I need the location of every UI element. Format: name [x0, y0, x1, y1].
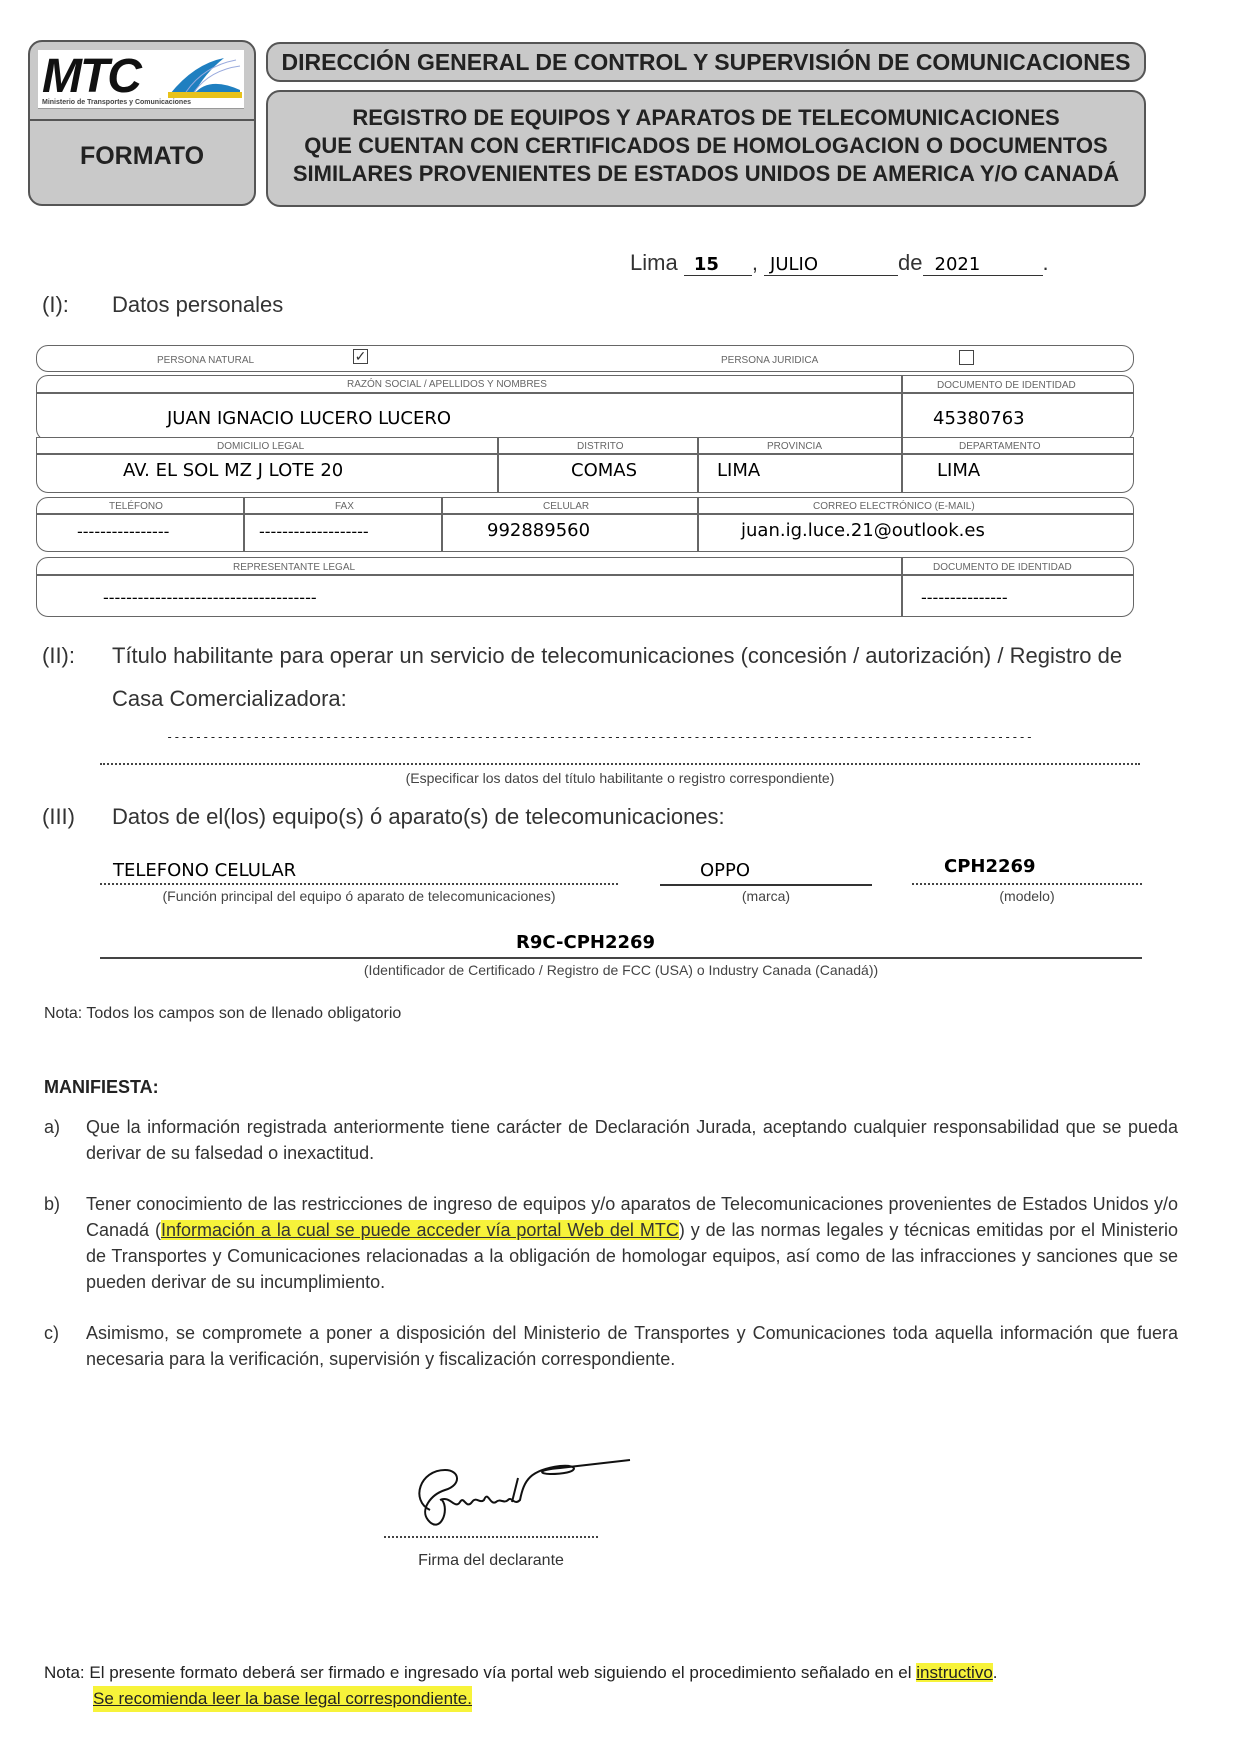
fax-label: FAX — [335, 501, 354, 512]
form-title: REGISTRO DE EQUIPOS Y APARATOS DE TELECO… — [266, 90, 1146, 207]
representante-field[interactable]: ------------------------------------- — [103, 588, 317, 607]
modelo-field[interactable]: CPH2269 — [944, 856, 1036, 877]
rep-documento-field[interactable]: --------------- — [921, 588, 1008, 607]
identificador-field[interactable]: R9C-CPH2269 — [516, 932, 655, 953]
representante-row: REPRESENTANTE LEGAL DOCUMENTO DE IDENTID… — [36, 557, 1134, 617]
logo-format-box: MTC Ministerio de Transportes y Comunica… — [28, 40, 256, 206]
date-connector: de — [898, 250, 922, 275]
contact-row: TELÉFONO FAX CELULAR CORREO ELECTRÓNICO … — [36, 497, 1134, 552]
mtc-portal-link[interactable]: Información a la cual se puede acceder v… — [161, 1220, 679, 1240]
manifiesta-item-c: Asimismo, se compromete a poner a dispos… — [86, 1320, 1178, 1372]
base-legal-link[interactable]: Se recomienda leer la base legal corresp… — [93, 1686, 472, 1712]
format-label: FORMATO — [30, 142, 254, 171]
marca-line — [660, 884, 872, 886]
item-letter: a) — [44, 1114, 60, 1140]
date-city: Lima — [630, 250, 678, 275]
telefono-label: TELÉFONO — [109, 501, 163, 512]
persona-natural-label: PERSONA NATURAL — [157, 355, 254, 366]
email-label: CORREO ELECTRÓNICO (E-MAIL) — [813, 501, 975, 512]
distrito-label: DISTRITO — [577, 441, 623, 452]
form-title-line: QUE CUENTAN CON CERTIFICADOS DE HOMOLOGA… — [268, 132, 1144, 160]
divider — [441, 498, 443, 551]
divider — [901, 376, 903, 440]
period: . — [993, 1663, 998, 1682]
persona-juridica-checkbox[interactable] — [959, 350, 974, 365]
date-month[interactable]: JULIO — [764, 254, 898, 276]
domicilio-row: DOMICILIO LEGAL DISTRITO PROVINCIA DEPAR… — [36, 437, 1134, 493]
persona-juridica-label: PERSONA JURIDICA — [721, 355, 818, 366]
email-field[interactable]: juan.ig.luce.21@outlook.es — [741, 520, 985, 541]
section-2-number: (II): — [42, 643, 75, 669]
footer-note: Nota: El presente formato deberá ser fir… — [44, 1660, 998, 1712]
item-letter: c) — [44, 1320, 59, 1346]
razon-social-row: RAZÓN SOCIAL / APELLIDOS Y NOMBRES DOCUM… — [36, 375, 1134, 441]
funcion-field[interactable]: TELEFONO CELULAR — [113, 860, 296, 881]
identificador-line — [100, 957, 1142, 959]
divider — [697, 498, 699, 551]
manifiesta-item-a: Que la información registrada anteriorme… — [86, 1114, 1178, 1166]
marca-caption: (marca) — [660, 888, 872, 904]
section-1-number: (I): — [42, 292, 69, 318]
departamento-label: DEPARTAMENTO — [959, 441, 1041, 452]
logo-subtitle: Ministerio de Transportes y Comunicacion… — [42, 99, 191, 106]
divider — [37, 392, 1133, 394]
form-title-line: REGISTRO DE EQUIPOS Y APARATOS DE TELECO… — [268, 104, 1144, 132]
distrito-field[interactable]: COMAS — [571, 460, 637, 481]
divider — [37, 453, 1133, 455]
divider — [901, 558, 903, 616]
manifiesta-item-b: Tener conocimiento de las restricciones … — [86, 1191, 1178, 1295]
section-2-title-line2: Casa Comercializadora: — [112, 686, 347, 712]
mandatory-note: Nota: Todos los campos son de llenado ob… — [44, 1005, 401, 1023]
divider — [30, 119, 254, 121]
section-2-title-line1: Título habilitante para operar un servic… — [112, 643, 1132, 669]
signature-caption: Firma del declarante — [384, 1552, 598, 1570]
instructivo-link[interactable]: instructivo — [916, 1663, 993, 1682]
divider — [497, 438, 499, 492]
mtc-wave-icon — [164, 54, 244, 98]
razon-social-field[interactable]: JUAN IGNACIO LUCERO LUCERO — [167, 408, 451, 429]
modelo-caption: (modelo) — [912, 888, 1142, 904]
fax-field[interactable]: ------------------- — [259, 522, 369, 541]
date-year[interactable]: 2021 — [923, 254, 1043, 276]
divider — [901, 438, 903, 492]
mtc-logo: MTC Ministerio de Transportes y Comunica… — [38, 50, 244, 109]
date-line: Lima 15, JULIOde2021. — [630, 250, 1049, 276]
footer-note-text: Nota: El presente formato deberá ser fir… — [44, 1663, 916, 1682]
titulo-habilitante-field[interactable]: ----------------------------------------… — [166, 730, 1086, 744]
form-title-line: SIMILARES PROVENIENTES DE ESTADOS UNIDOS… — [268, 160, 1144, 188]
titulo-line — [100, 763, 1140, 765]
section-1-title: Datos personales — [112, 292, 283, 318]
documento-field[interactable]: 45380763 — [933, 408, 1025, 429]
funcion-caption: (Función principal del equipo ó aparato … — [100, 888, 618, 904]
departamento-field[interactable]: LIMA — [937, 460, 980, 481]
signature-image — [400, 1440, 640, 1540]
item-letter: b) — [44, 1191, 60, 1217]
representante-label: REPRESENTANTE LEGAL — [233, 562, 355, 573]
section-3-number: (III) — [42, 804, 75, 830]
provincia-label: PROVINCIA — [767, 441, 822, 452]
logo-text: MTC — [42, 50, 140, 104]
celular-label: CELULAR — [543, 501, 589, 512]
date-day[interactable]: 15 — [684, 254, 752, 276]
section-3-title: Datos de el(los) equipo(s) ó aparato(s) … — [112, 804, 725, 830]
identificador-caption: (Identificador de Certificado / Registro… — [100, 962, 1142, 978]
razon-social-label: RAZÓN SOCIAL / APELLIDOS Y NOMBRES — [347, 379, 547, 390]
marca-field[interactable]: OPPO — [700, 860, 750, 881]
persona-type-row: PERSONA NATURAL ✓ PERSONA JURIDICA — [36, 345, 1134, 372]
signature-line — [384, 1536, 598, 1538]
provincia-field[interactable]: LIMA — [717, 460, 760, 481]
domicilio-label: DOMICILIO LEGAL — [217, 441, 304, 452]
funcion-line — [100, 883, 618, 885]
domicilio-field[interactable]: AV. EL SOL MZ J LOTE 20 — [123, 460, 343, 481]
celular-field[interactable]: 992889560 — [487, 520, 590, 541]
documento-label: DOCUMENTO DE IDENTIDAD — [937, 380, 1076, 391]
titulo-caption: (Especificar los datos del título habili… — [100, 770, 1140, 786]
divider — [37, 574, 1133, 576]
telefono-field[interactable]: ---------------- — [77, 522, 169, 541]
divider — [243, 498, 245, 551]
rep-documento-label: DOCUMENTO DE IDENTIDAD — [933, 562, 1072, 573]
divider — [37, 513, 1133, 515]
agency-title: DIRECCIÓN GENERAL DE CONTROL Y SUPERVISI… — [266, 42, 1146, 82]
divider — [697, 438, 699, 492]
manifiesta-title: MANIFIESTA: — [44, 1077, 159, 1098]
persona-natural-checkbox[interactable]: ✓ — [353, 349, 368, 364]
modelo-line — [912, 883, 1142, 885]
